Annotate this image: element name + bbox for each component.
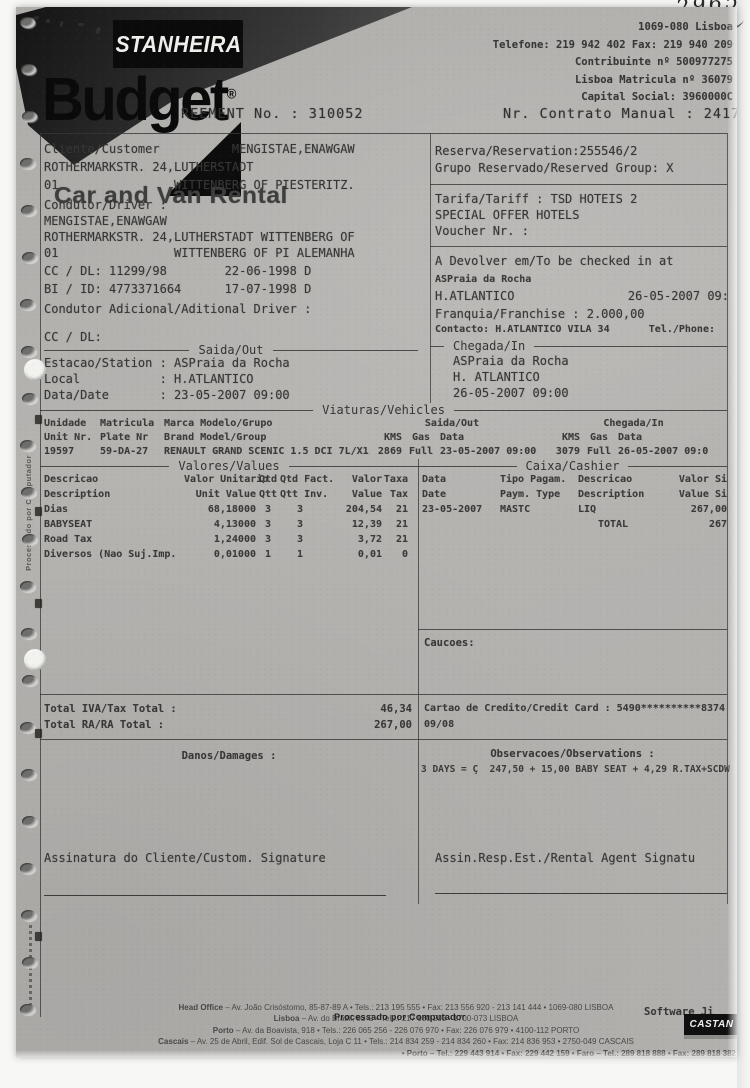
spiral-tear-mark (35, 729, 42, 738)
vehicle-cell-unit: 19597 (44, 445, 100, 459)
values-cell: 21 (382, 503, 408, 518)
spiral-hole (21, 205, 36, 216)
customer-signature-line (44, 895, 386, 896)
values-cell: 1,24000 (184, 533, 256, 548)
spiral-tear-mark (35, 415, 42, 424)
company-info-line: Telefone: 219 942 402 Fax: 219 940 209 (416, 37, 733, 55)
cashier-cell-description: LIQ (578, 503, 648, 518)
driver-line: 01 WITTENBERG OF PI ALEMANHA (44, 245, 355, 261)
vehicles-header-cell: Gas (580, 431, 618, 445)
vehicles-header-cell: Brand Model/Group (164, 431, 364, 445)
customer-signature-label: Assinatura do Cliente/Custom. Signature (44, 850, 326, 866)
driver-title: Condutor/Driver : (44, 197, 167, 213)
company-info-line: Lisboa Matricula nº 36079 (416, 72, 733, 90)
in-hotel: H. ATLANTICO (453, 369, 540, 385)
vehicles-header-cell: Data (618, 431, 727, 445)
tariff-description: SPECIAL OFFER HOTELS (435, 207, 580, 223)
footer-city-label: Cascais (158, 1037, 188, 1046)
pen-marks (46, 19, 50, 23)
vehicle-cell-date-out: 23-05-2007 09:00 (440, 445, 540, 459)
spiral-hole (21, 487, 36, 498)
spiral-hole (20, 722, 35, 733)
vehicles-header-cell: KMS (540, 431, 580, 445)
reserved-group: Grupo Reservado/Reserved Group: X (435, 160, 673, 176)
values-cell: 1 (280, 548, 320, 563)
pen-marks (78, 23, 84, 26)
vehicles-header-cell: Saida/Out (364, 417, 540, 431)
tax-total-value: 46,34 (380, 702, 412, 716)
agent-signature-label: Assin.Resp.Est./Rental Agent Signatu (435, 850, 727, 866)
reservation-number: Reserva/Reservation:255546/2 (435, 143, 637, 159)
values-cell: 3 (280, 503, 320, 518)
registered-mark: ® (227, 86, 237, 102)
values-cell: Road Tax (44, 533, 184, 548)
in-station: ASPraia da Rocha (453, 353, 569, 369)
form-top-rule (40, 133, 727, 134)
footer-text: – Av. João Crisóstomo, 85-87-89 A • Tels… (223, 1003, 613, 1012)
footer-line: Cascais – Av. 25 de Abril, Edif. Sol de … (71, 1037, 721, 1047)
values-header-cell: Valor (320, 473, 382, 488)
values-cell: 21 (382, 533, 408, 548)
values-header-cell: Qtd (256, 473, 280, 488)
spiral-hole (22, 534, 37, 545)
vehicles-header-cell: Gas (402, 431, 440, 445)
values-cell: 3 (256, 533, 280, 548)
spiral-hole (21, 346, 36, 357)
cashier-total-label: TOTAL (578, 518, 648, 533)
totals-bottom-rule (40, 739, 727, 740)
values-cell: Diversos (Nao Suj.Imp. (44, 548, 184, 563)
checkin-hotel-row: H.ATLANTICO 26-05-2007 09: (435, 288, 729, 304)
values-header-cell: Qtd Fact. (280, 473, 320, 488)
vehicles-header-cell: Plate Nr (100, 431, 164, 445)
values-header-cell: Valor Unitario (184, 473, 256, 488)
vehicles-header-cell: Matricula (100, 417, 164, 431)
driver-line: ROTHERMARKSTR. 24,LUTHERSTADT WITTENBERG… (44, 229, 355, 245)
values-cell: 12,39 (320, 518, 382, 533)
credit-card-expiry: 09/08 (424, 718, 454, 731)
values-header-cell: Taxa (382, 473, 408, 488)
vehicle-cell-gas-in: Full (580, 445, 618, 459)
cashier-cell-payment-type: MASTC (500, 503, 578, 518)
spiral-hole (21, 910, 36, 921)
values-cell: 0,01000 (184, 548, 256, 563)
budget-logo-text: Budget (42, 65, 227, 134)
values-title: Valores/Values (178, 459, 279, 473)
customer-line: ROTHERMARKSTR. 24,LUTHERSTADT (44, 159, 254, 175)
vehicles-table: Unidade Matricula Marca Modelo/Grupo Sai… (44, 417, 727, 459)
values-header-cell: Unit Value (184, 488, 256, 503)
footer-line: Porto – Av. da Boavista, 918 • Tels.: 22… (71, 1026, 721, 1036)
vehicle-cell-date-in: 26-05-2007 09:0 (618, 445, 727, 459)
vehicles-header-cell: Unit Nr. (44, 431, 100, 445)
vehicle-cell-model: RENAULT GRAND SCENIC 1.5 DCI 7L/X1 (164, 445, 364, 459)
tax-total-row: Total IVA/Tax Total : 46,34 (44, 702, 412, 716)
company-info-line: 1069-080 Lisboa (416, 19, 733, 37)
checkin-station: ASPraia da Rocha (435, 273, 531, 286)
observations-line: 3 DAYS = Ç 247,50 + 15,00 BABY SEAT + 4,… (421, 764, 730, 776)
additional-driver-label: Condutor Adicional/Aditional Driver : (44, 301, 311, 317)
lower-section-divider (418, 459, 419, 904)
vehicles-header-cell: Data (440, 431, 540, 445)
agreement-number: REEMENT No. : 310052 (181, 106, 364, 123)
processed-by-computer-stamp-vertical: Processado por Computador (24, 455, 33, 571)
cashier-divider: Caixa/Cashier (418, 459, 727, 473)
castanheira-logo-band: STANHEIRA (113, 20, 243, 68)
checkin-phone-label: Tel./Phone: (649, 323, 715, 336)
values-cell: 3 (280, 518, 320, 533)
deposits-box-bottom-rule (418, 694, 727, 695)
document-sheet: STANHEIRA Budget® Car and Van Rental 106… (16, 7, 737, 1057)
processed-by-computer-stamp: Processado por Computador (334, 1012, 466, 1022)
vehicle-cell-plate: 59-DA-27 (100, 445, 164, 459)
sheet-right-edge-highlight (727, 7, 737, 1057)
vehicles-header-cell: Unidade (44, 417, 100, 431)
vehicles-header-cell: Chegada/In (540, 417, 727, 431)
vehicles-header-cell: KMS (364, 431, 402, 445)
cashier-spacer (422, 518, 500, 533)
franchise: Franquia/Franchise : 2.000,00 (435, 306, 645, 322)
spiral-tear-mark (35, 932, 42, 941)
tariff: Tarifa/Tariff : TSD HOTEIS 2 (435, 191, 637, 207)
cc-dl-line: CC / DL: 11299/98 22-06-1998 D (44, 263, 311, 279)
values-header-cell: Value (320, 488, 382, 503)
values-cell: 68,18000 (184, 503, 256, 518)
spiral-hole (20, 299, 35, 310)
cashier-cell-value: 267,00 (648, 503, 727, 518)
spiral-hole (21, 64, 36, 75)
in-date: 26-05-2007 09:00 (453, 385, 569, 401)
values-cell: 0 (382, 548, 408, 563)
spiral-hole (22, 111, 37, 122)
values-cell: 3 (256, 518, 280, 533)
cashier-header-cell: Tipo Pagam. (500, 473, 578, 488)
checkin-contact: Contacto: H.ATLANTICO VILA 34 (435, 323, 610, 336)
out-location: Local : H.ATLANTICO (44, 371, 254, 387)
cashier-spacer (500, 518, 578, 533)
vehicle-cell-kms-in: 3079 (540, 445, 580, 459)
damages-label: Danos/Damages : (40, 749, 418, 763)
spiral-hole (22, 816, 37, 827)
footer-city-label: Head Office (179, 1003, 223, 1012)
values-cell: 3 (280, 533, 320, 548)
cashier-header-cell: Paym. Type (500, 488, 578, 503)
deposits-label: Caucoes: (424, 636, 475, 650)
values-cell: 21 (382, 518, 408, 533)
values-header-cell: Tax (382, 488, 408, 503)
values-header-cell: Qtt Inv. (280, 488, 320, 503)
checkin-title: A Devolver em/To be checked in at (435, 253, 673, 269)
values-header-cell: Descricao (44, 473, 184, 488)
footer-city-label: Porto (213, 1026, 234, 1035)
scanned-rental-agreement: 2965 STANHEIRA Budget® Car and Van Renta… (0, 0, 750, 1088)
form-left-rule (40, 133, 41, 1017)
spiral-hole (22, 252, 37, 263)
vehicle-cell-gas-out: Full (402, 445, 440, 459)
vehicle-cell-kms-out: 2869 (364, 445, 402, 459)
cashier-header-cell: Descricao (578, 473, 648, 488)
voucher-number-label: Voucher Nr. : (435, 223, 529, 239)
spiral-hole (21, 628, 36, 639)
cashier-total-value: 267 (648, 518, 727, 533)
agent-signature-line (435, 893, 727, 894)
footer-city-label: Lisboa (274, 1014, 300, 1023)
cashier-header-cell: Valor Si (648, 473, 727, 488)
cashier-table: Data Tipo Pagam. Descricao Valor Si Date… (422, 473, 727, 533)
customer-line: Cliente/Customer MENGISTAE,ENAWGAW (44, 141, 355, 157)
deposits-box-top-rule (418, 629, 727, 630)
top-section-divider (430, 133, 431, 403)
checkin-date: 26-05-2007 09: (628, 288, 729, 304)
ra-total-value: 267,00 (374, 718, 412, 732)
out-station: Estacao/Station : ASPraia da Rocha (44, 355, 290, 371)
spiral-tear-mark (35, 599, 42, 608)
values-cell: 204,54 (320, 503, 382, 518)
cashier-header-cell: Date (422, 488, 500, 503)
vehicles-title: Viaturas/Vehicles (322, 403, 445, 417)
driver-line: MENGISTAE,ENAWGAW (44, 213, 167, 229)
spiral-tear-mark (35, 507, 42, 516)
cashier-cell-date: 23-05-2007 (422, 503, 500, 518)
credit-card-line: Cartao de Credito/Credit Card : 5490****… (424, 702, 725, 715)
values-cell: 4,13000 (184, 518, 256, 533)
footer-text: – Av. da Boavista, 918 • Tels.: 226 065 … (234, 1026, 580, 1035)
cashier-header-cell: Value Si (648, 488, 727, 503)
ra-total-label: Total RA/RA Total : (44, 718, 164, 732)
values-cell: Dias (44, 503, 184, 518)
castanheira-logo-text: STANHEIRA (115, 33, 241, 56)
spiral-hole (22, 393, 37, 404)
values-cell: 0,01 (320, 548, 382, 563)
customer-line: 01 WITTENBERG OF PIESTERITZ. (44, 177, 355, 193)
values-cell: BABYSEAT (44, 518, 184, 533)
hole-punch (24, 359, 46, 381)
values-table: Descricao Valor Unitario Qtd Qtd Fact. V… (44, 473, 418, 563)
spiral-hole (20, 863, 35, 874)
spiral-hole (20, 17, 35, 28)
checkin-contact-row: Contacto: H.ATLANTICO VILA 34 Tel./Phone… (435, 323, 715, 336)
spiral-hole (22, 957, 37, 968)
sheet-bottom-edge-highlight (16, 1050, 737, 1057)
company-info-block: 1069-080 Lisboa Telefone: 219 942 402 Fa… (416, 19, 733, 107)
spiral-hole (20, 581, 35, 592)
chegada-in-title: Chegada/In (453, 339, 525, 353)
values-cell: 1 (256, 548, 280, 563)
bi-id-line: BI / ID: 4773371664 17-07-1998 D (44, 281, 311, 297)
manual-contract-number: Nr. Contrato Manual : 2417 (503, 106, 737, 123)
checkin-hotel: H.ATLANTICO (435, 288, 514, 304)
values-header-cell: Qtt (256, 488, 280, 503)
values-header-cell: Description (44, 488, 184, 503)
chegada-in-divider: Chegada/In (430, 339, 727, 353)
company-info-line: Capital Social: 3960000C (416, 89, 733, 107)
tax-total-label: Total IVA/Tax Total : (44, 702, 177, 716)
vehicles-divider: Viaturas/Vehicles (40, 403, 727, 417)
hole-punch (24, 649, 46, 671)
totals-top-rule (40, 694, 418, 695)
cashier-header-cell: Description (578, 488, 648, 503)
spiral-hole (22, 675, 37, 686)
values-cell: 3 (256, 503, 280, 518)
values-cell: 3,72 (320, 533, 382, 548)
reservation-box-rule (430, 184, 727, 185)
ra-total-row: Total RA/RA Total : 267,00 (44, 718, 412, 732)
out-date: Data/Date : 23-05-2007 09:00 (44, 387, 290, 403)
values-divider: Valores/Values (40, 459, 418, 473)
company-info-line: Contribuinte nº 500977275 (416, 54, 733, 72)
spiral-hole (20, 440, 35, 451)
observations-label: Observacoes/Observations : (418, 747, 727, 761)
spiral-hole (21, 769, 36, 780)
tariff-box-rule (430, 246, 727, 247)
vehicles-header-cell: Marca Modelo/Grupo (164, 417, 364, 431)
spiral-hole (20, 1004, 35, 1015)
spiral-hole (20, 158, 35, 169)
cashier-title: Caixa/Cashier (526, 459, 620, 473)
footer-text: – Av. 25 de Abril, Edif. Sol de Cascais,… (188, 1037, 633, 1046)
cashier-header-cell: Data (422, 473, 500, 488)
